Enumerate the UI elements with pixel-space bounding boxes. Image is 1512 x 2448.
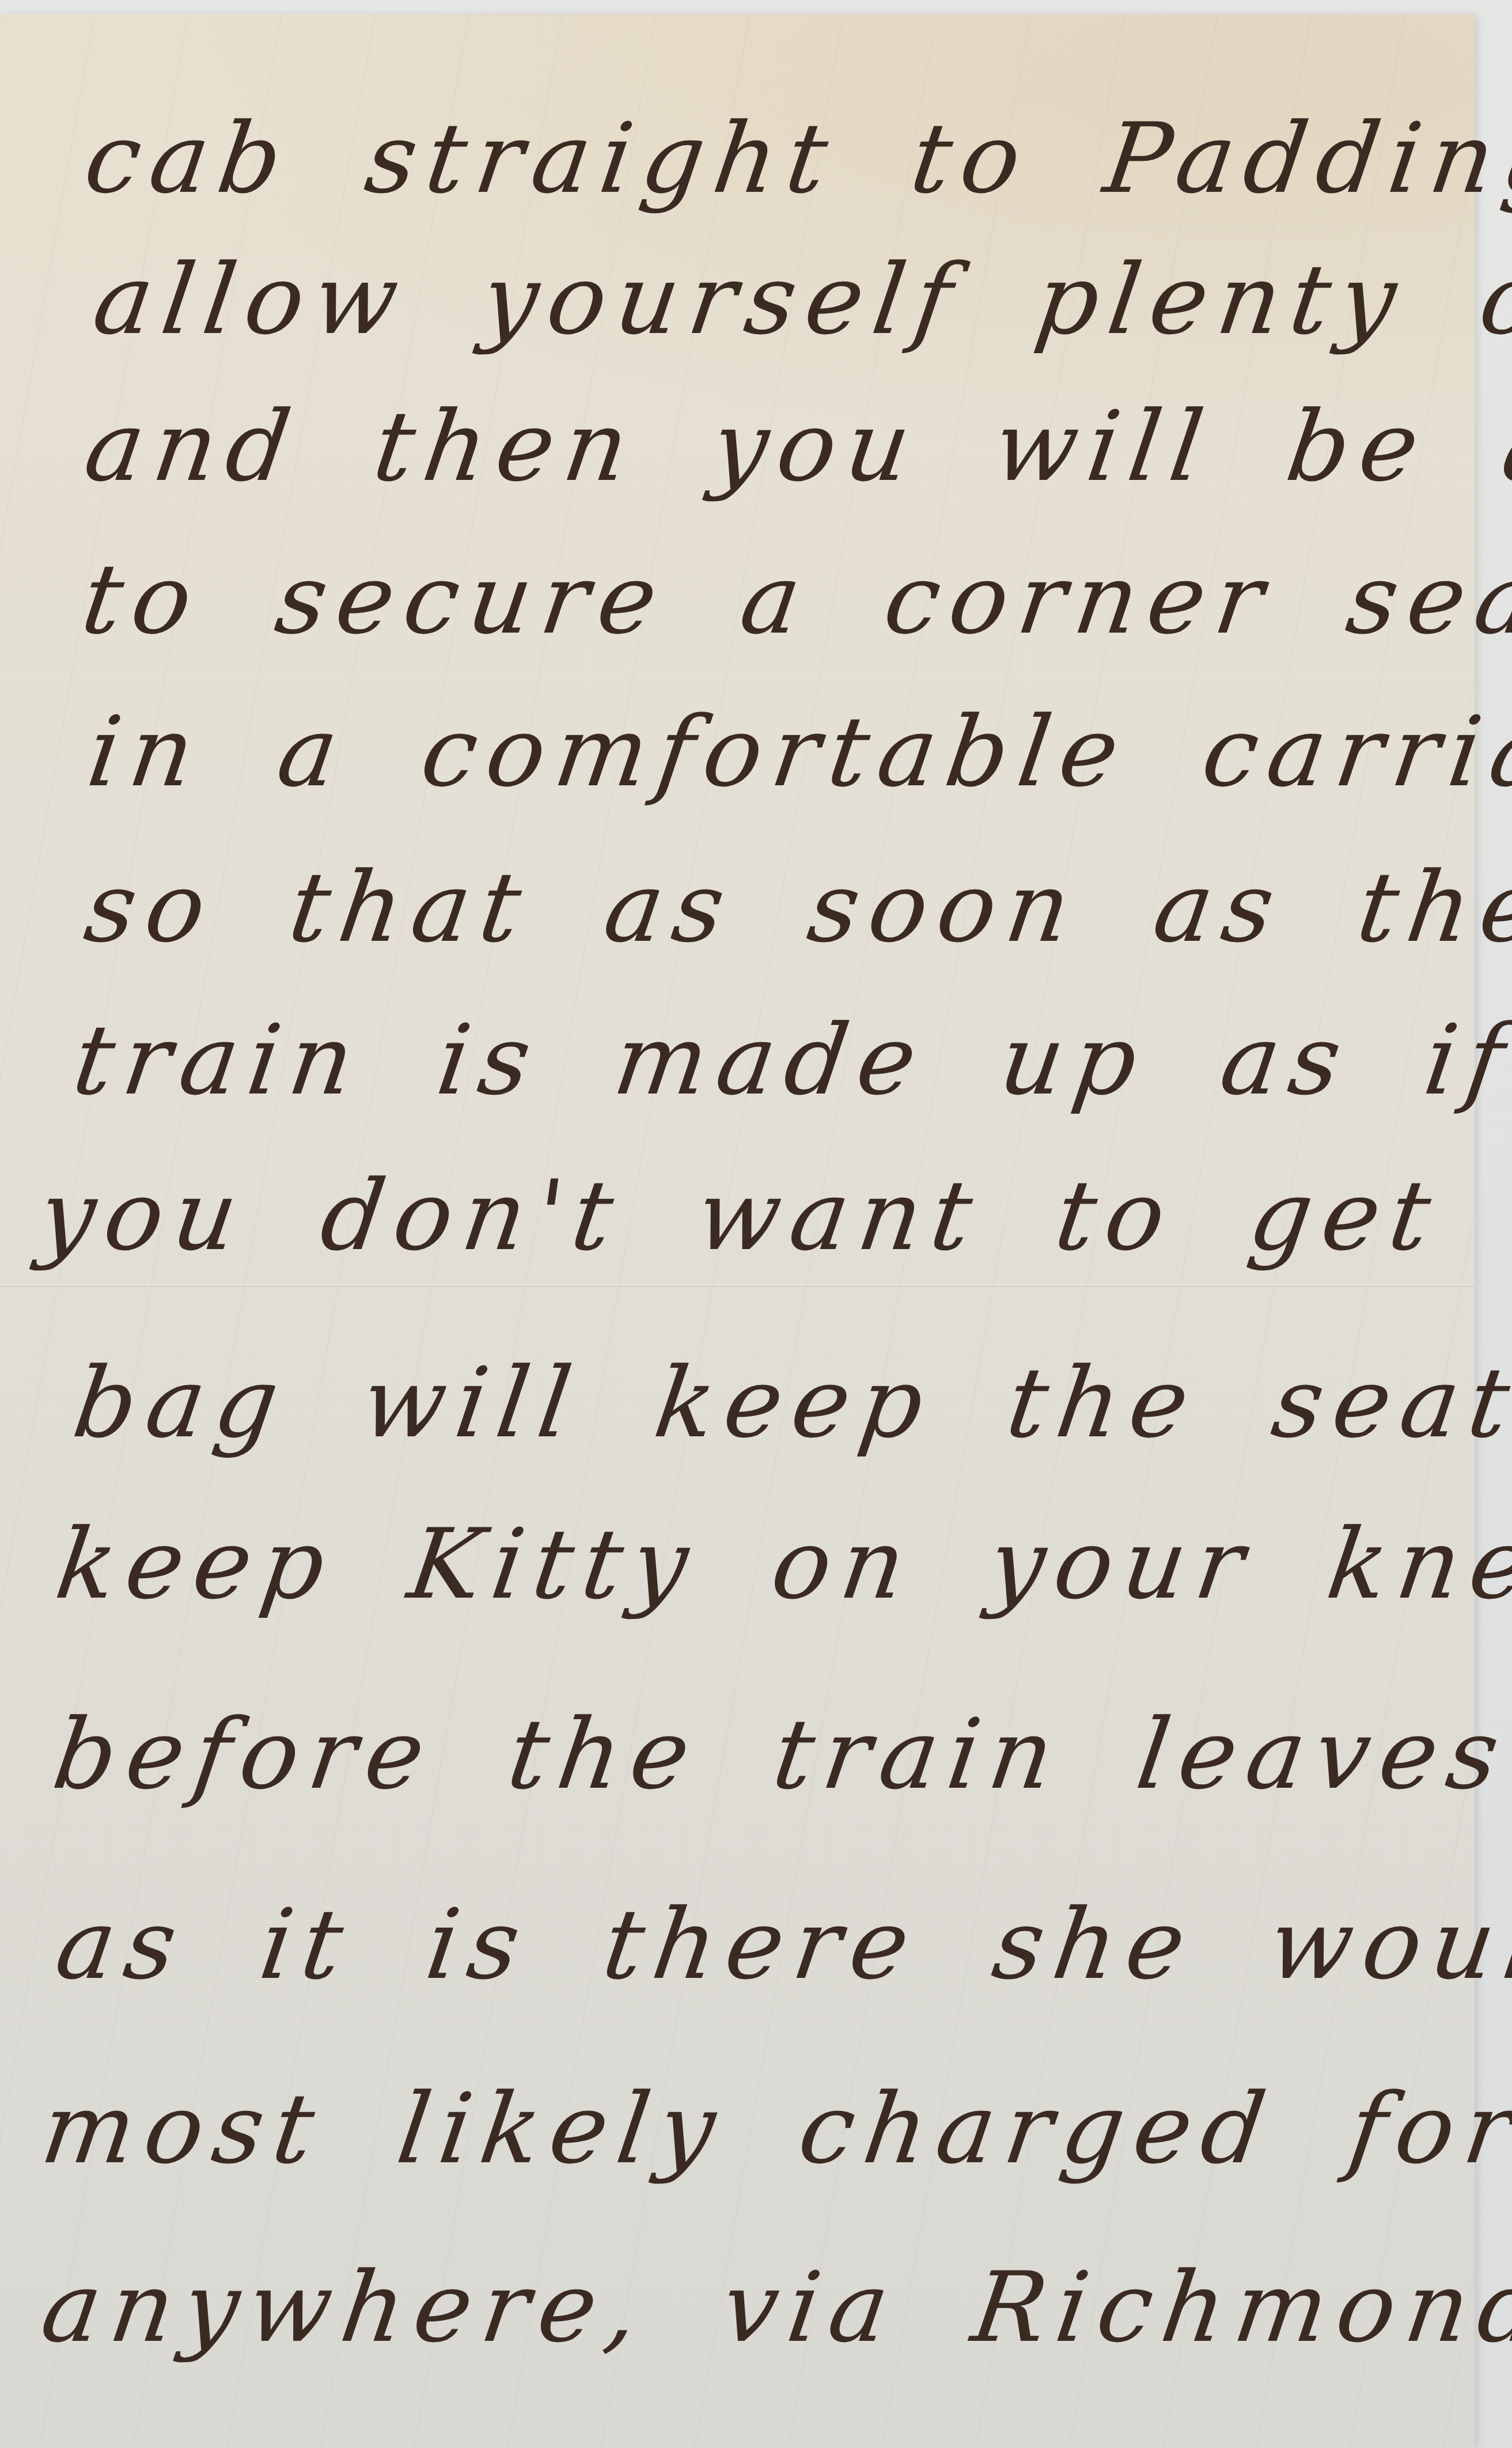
letter-line: cab straight to Paddington, <box>75 81 1512 236</box>
letter-line: in a comfortable carriage <box>78 674 1512 830</box>
letter-line: so that as soon as the <box>75 830 1512 985</box>
letter-line: to secure a corner seat <box>73 521 1512 677</box>
letter-page: cab straight to Paddington, allow yourse… <box>0 14 1475 2448</box>
letter-line: before the train leaves London <box>44 1677 1512 1832</box>
letter-line: you don't want to get in a <box>29 1138 1512 1293</box>
letter-line: allow yourself plenty of time <box>84 222 1512 377</box>
letter-line: keep Kitty on your knee <box>47 1486 1512 1642</box>
letter-line: as it is there she would be <box>47 1867 1512 2022</box>
letter-body: cab straight to Paddington, allow yourse… <box>0 14 1475 2448</box>
letter-line: and then you will be able <box>75 369 1512 524</box>
letter-line: anywhere, via Richmond & <box>32 2230 1512 2385</box>
letter-line: train is made up as if <box>64 982 1512 1138</box>
letter-line: most likely charged for if <box>32 2051 1512 2207</box>
letter-line: bag will keep the seat, <box>64 1325 1512 1481</box>
